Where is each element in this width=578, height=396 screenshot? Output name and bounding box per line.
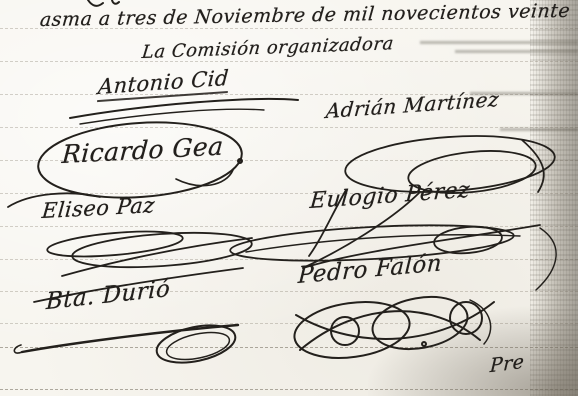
scanned-document-page: asma a tres de Noviembre de mil novecien…	[0, 0, 578, 396]
ruled-line	[0, 127, 578, 128]
date-line: asma a tres de Noviembre de mil novecien…	[39, 0, 571, 31]
signature-pedro-falon: Pedro Falón	[297, 250, 442, 289]
signature-adrian-martinez: Adrián Martínez	[325, 87, 500, 123]
signature-ricardo-gea: Ricardo Gea	[61, 131, 225, 169]
ruled-line	[0, 193, 578, 194]
signature-eliseo-paz: Eliseo Paz	[41, 193, 156, 223]
ruled-line	[0, 226, 578, 227]
signature-bta-durio: Bta. Durió	[46, 276, 171, 315]
corner-smudge	[368, 306, 578, 396]
signature-eulogio-perez: Eulogio Pérez	[309, 178, 471, 214]
committee-line: La Comisión organizadora	[141, 33, 395, 63]
catchword: Pre	[489, 351, 525, 378]
ruled-line	[0, 259, 578, 260]
signature-antonio-cid: Antonio Cid	[97, 66, 230, 102]
ruled-line	[0, 61, 578, 62]
torn-ink-fragment	[88, 0, 119, 6]
antonio-underline-flourish	[70, 99, 298, 124]
